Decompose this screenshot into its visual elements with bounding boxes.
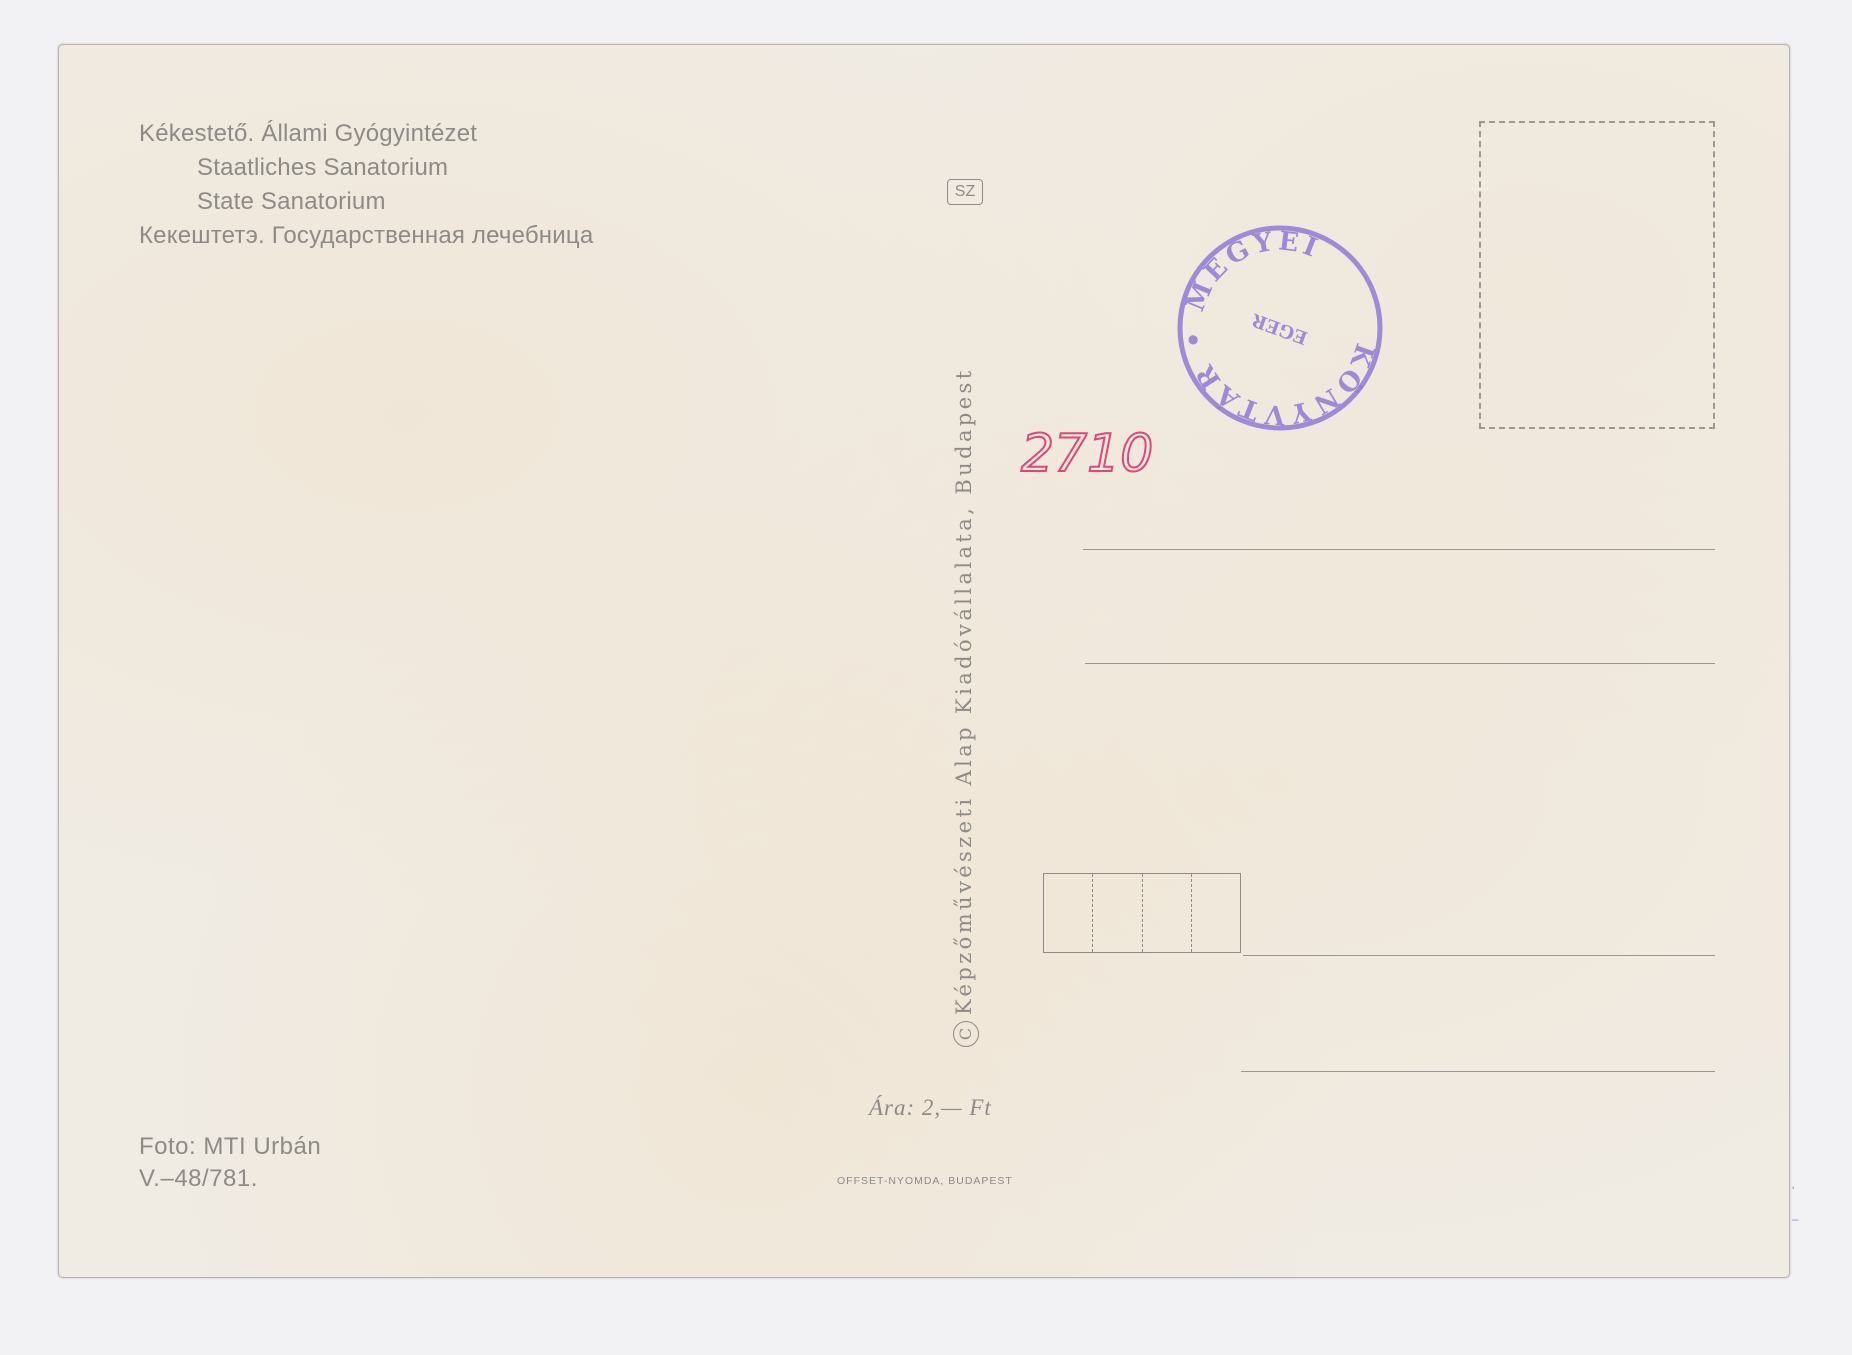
printer-label: OFFSET-NYOMDA, BUDAPEST xyxy=(837,1175,1013,1187)
stamp-center-text: EGER xyxy=(1248,308,1310,348)
postcode-cell xyxy=(1142,874,1191,952)
caption-german: Staatliches Sanatorium xyxy=(197,151,448,185)
publisher-logo-icon: SZ xyxy=(947,179,983,205)
address-line-4 xyxy=(1241,1071,1715,1072)
caption-russian: Кекештетэ. Государственная лечебница xyxy=(139,219,593,253)
postcode-cell xyxy=(1092,874,1141,952)
postcode-cell xyxy=(1191,874,1240,952)
caption-hungarian: Kékestető. Állami Gyógyintézet xyxy=(139,117,477,151)
scan-margin-marks: ' – xyxy=(1792,1184,1799,1226)
address-line-3 xyxy=(1243,955,1715,956)
photo-credit: Foto: MTI Urbán xyxy=(139,1131,321,1163)
postcode-cell xyxy=(1044,874,1092,952)
handwritten-number: 2710 xyxy=(1019,411,1179,491)
library-stamp-icon: KÖNYVTÁR • MEGYEI EGER xyxy=(1173,221,1387,435)
price-label: Ára: 2,— Ft xyxy=(869,1095,992,1121)
catalog-number: V.–48/781. xyxy=(139,1163,258,1195)
postcode-boxes xyxy=(1043,873,1241,953)
caption-english: State Sanatorium xyxy=(197,185,386,219)
address-line-1 xyxy=(1083,549,1715,550)
postcard-back: Kékestető. Állami Gyógyintézet Staatlich… xyxy=(58,44,1790,1278)
publisher-name: Képzőművészeti Alap Kiadóvállalata, Buda… xyxy=(952,367,976,1015)
postage-stamp-placeholder xyxy=(1479,121,1715,429)
address-line-2 xyxy=(1085,663,1715,664)
copyright-icon: C xyxy=(953,1021,979,1047)
svg-text:2710: 2710 xyxy=(1021,424,1153,484)
